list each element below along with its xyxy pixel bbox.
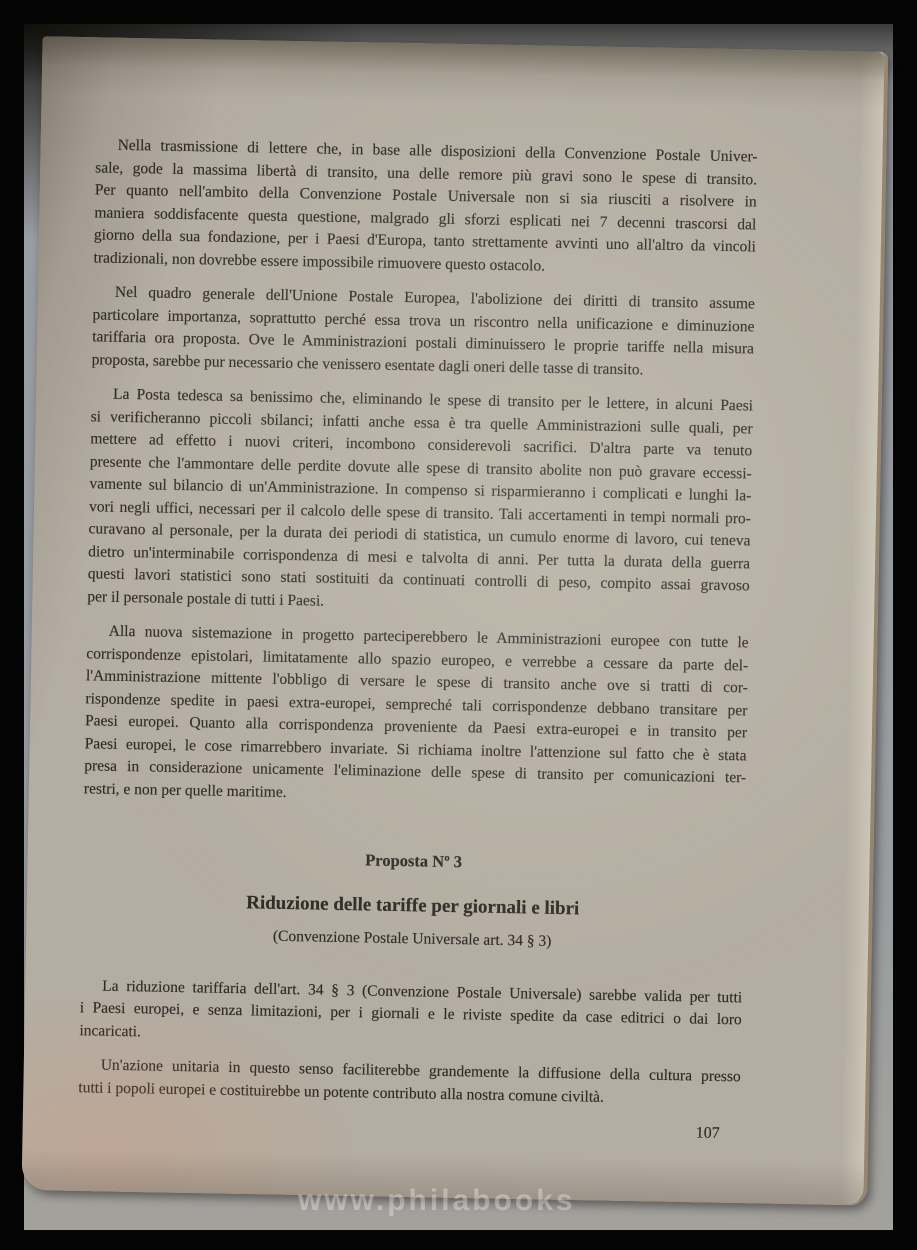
- section-heading: Proposta Nº 3 Riduzione delle tariffe pe…: [81, 844, 745, 957]
- photo-frame: Nella trasmissione di lettere che, in ba…: [0, 0, 917, 1250]
- paragraph: Nel quadro generale dell'Unione Postale …: [92, 281, 756, 383]
- proposal-title: Riduzione delle tariffe per giornali e l…: [82, 889, 744, 924]
- paragraph: Nella trasmissione di lettere che, in ba…: [93, 134, 757, 281]
- body-paragraphs: Nella trasmissione di lettere che, in ba…: [84, 134, 758, 812]
- paragraph: Un'azione unitaria in questo senso facil…: [78, 1054, 741, 1111]
- closing-paragraphs: La riduzione tariffaria dell'art. 34 § 3…: [78, 975, 742, 1112]
- proposal-subtitle: (Convenzione Postale Universale art. 34 …: [81, 922, 743, 957]
- paragraph: Alla nuova sistemazione in progetto part…: [84, 620, 749, 812]
- paragraph: La Posta tedesca sa benissimo che, elimi…: [87, 383, 753, 620]
- text-block: Nella trasmissione di lettere che, in ba…: [78, 134, 758, 1145]
- watermark-text: www.philabooks: [298, 1184, 576, 1218]
- book-page: Nella trasmissione di lettere che, in ba…: [21, 36, 888, 1205]
- proposal-number-heading: Proposta Nº 3: [82, 844, 744, 879]
- page-number: 107: [78, 1111, 740, 1146]
- paragraph: La riduzione tariffaria dell'art. 34 § 3…: [79, 975, 742, 1055]
